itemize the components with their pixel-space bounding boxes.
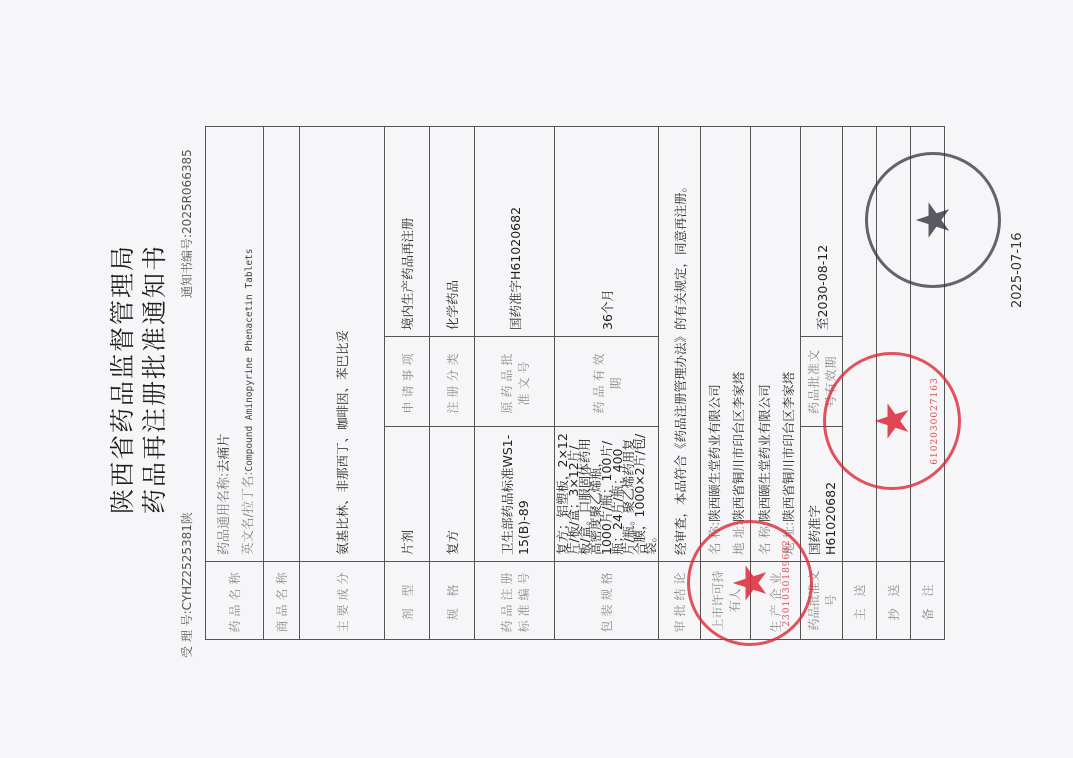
- issue-date: 2025-07-16: [1010, 232, 1025, 308]
- generic-name: 去痛片: [217, 434, 232, 473]
- row-standard: 药品注册标准编号 卫生部药品标准WS1-15(B)-89 原药品批准文号 国药准…: [475, 127, 555, 640]
- acceptance-number-value: CYHZ2525381陕: [180, 512, 194, 610]
- row-holder: 上市许可持有人 名 称:陕西颐生堂药业有限公司 地 址:陕西省铜川市印台区李家塔: [701, 127, 751, 640]
- shelf-life: 36个月: [555, 127, 659, 337]
- standard-label: 药品注册标准编号: [475, 562, 555, 640]
- mfr-name: 陕西颐生堂药业有限公司: [757, 384, 772, 522]
- document-title: 药品再注册批准通知书: [135, 0, 171, 758]
- notice-number: 通知书编号:2025R066385: [178, 149, 195, 298]
- approval-validity-label: 药品批准文号有效期: [801, 337, 843, 427]
- holder-name-label: 名 称:: [707, 522, 722, 555]
- english-name-label: 英文名/拉丁名:: [240, 472, 255, 555]
- packaging-label: 包装规格: [555, 562, 659, 640]
- document-page: 陕西省药品监督管理局 药品再注册批准通知书 受 理 号:CYHZ2525381陕…: [0, 0, 1073, 758]
- registration-table: 药品名称 药品通用名称:去痛片 英文名/拉丁名:Compound Aminopy…: [205, 126, 945, 640]
- orig-approval: 国药准字H61020682: [475, 127, 555, 337]
- remarks-label: 备 注: [911, 562, 945, 640]
- dosage-form: 片剂: [385, 427, 430, 562]
- trade-name: [264, 127, 300, 562]
- spec-label: 规 格: [430, 562, 475, 640]
- acceptance-number: 受 理 号:CYHZ2525381陕: [178, 512, 195, 658]
- holder-addr: 陕西省铜川市印台区李家塔: [731, 372, 746, 522]
- application-label: 申请事项: [385, 337, 430, 427]
- conclusion-label: 审批结论: [659, 562, 701, 640]
- approval-no: 国药准字H61020682: [801, 427, 843, 562]
- ingredients-label: 主要成分: [300, 562, 385, 640]
- conclusion: 经审查，本品符合《药品注册管理办法》的有关规定，同意再注册。: [659, 127, 701, 562]
- english-name: Compound Aminopyrine Phenacetin Tablets: [244, 249, 255, 472]
- row-main-send: 主 送: [843, 127, 877, 640]
- row-remarks: 备 注: [911, 127, 945, 640]
- row-manufacturer: 生产企业 名 称:陕西颐生堂药业有限公司 地 址:陕西省铜川市印台区李家塔: [751, 127, 801, 640]
- category-label: 注册分类: [430, 337, 475, 427]
- mfr-addr-label: 地 址:: [781, 522, 796, 555]
- application: 境内生产药品再注册: [385, 127, 430, 337]
- mfr-name-label: 名 称:: [757, 522, 772, 555]
- manufacturer-label: 生产企业: [751, 562, 801, 640]
- notice-number-value: 2025R066385: [180, 149, 194, 234]
- row-drug-name: 药品名称 药品通用名称:去痛片 英文名/拉丁名:Compound Aminopy…: [206, 127, 264, 640]
- mfr-addr: 陕西省铜川市印台区李家塔: [781, 372, 796, 522]
- row-dosage-form: 剂 型 片剂 申请事项 境内生产药品再注册: [385, 127, 430, 640]
- row-conclusion: 审批结论 经审查，本品符合《药品注册管理办法》的有关规定，同意再注册。: [659, 127, 701, 640]
- spec: 复方: [430, 427, 475, 562]
- standard: 卫生部药品标准WS1-15(B)-89: [475, 427, 555, 562]
- packaging: 复方；铝塑板，2×12片/板/盒；3×12片/板/盒。口服固体药用高密度聚乙烯瓶…: [555, 427, 659, 562]
- row-trade-name: 商品名称: [264, 127, 300, 640]
- row-cc: 抄 送: [877, 127, 911, 640]
- row-approval-no: 药品批准文号 国药准字H61020682 药品批准文号有效期 至2030-08-…: [801, 127, 843, 640]
- acceptance-number-label: 受 理 号:: [180, 610, 194, 658]
- trade-name-label: 商品名称: [264, 562, 300, 640]
- holder-label: 上市许可持有人: [701, 562, 751, 640]
- row-packaging: 包装规格 复方；铝塑板，2×12片/板/盒；3×12片/板/盒。口服固体药用高密…: [555, 127, 659, 640]
- approval-no-label: 药品批准文号: [801, 562, 843, 640]
- drug-name-label: 药品名称: [206, 562, 264, 640]
- approval-validity: 至2030-08-12: [801, 127, 843, 337]
- dosage-form-label: 剂 型: [385, 562, 430, 640]
- agency-title: 陕西省药品监督管理局: [103, 0, 139, 758]
- main-send-label: 主 送: [843, 562, 877, 640]
- shelf-life-label: 药品有效期: [555, 337, 659, 427]
- holder-name: 陕西颐生堂药业有限公司: [707, 384, 722, 522]
- generic-name-label: 药品通用名称:: [217, 473, 232, 555]
- ingredients: 氨基比林、非那西丁、咖啡因、苯巴比妥: [300, 127, 385, 562]
- notice-number-label: 通知书编号:: [180, 234, 194, 298]
- row-ingredients: 主要成分 氨基比林、非那西丁、咖啡因、苯巴比妥: [300, 127, 385, 640]
- cc-label: 抄 送: [877, 562, 911, 640]
- category: 化学药品: [430, 127, 475, 337]
- orig-approval-label: 原药品批准文号: [475, 337, 555, 427]
- row-spec: 规 格 复方 注册分类 化学药品: [430, 127, 475, 640]
- holder-addr-label: 地 址:: [731, 522, 746, 555]
